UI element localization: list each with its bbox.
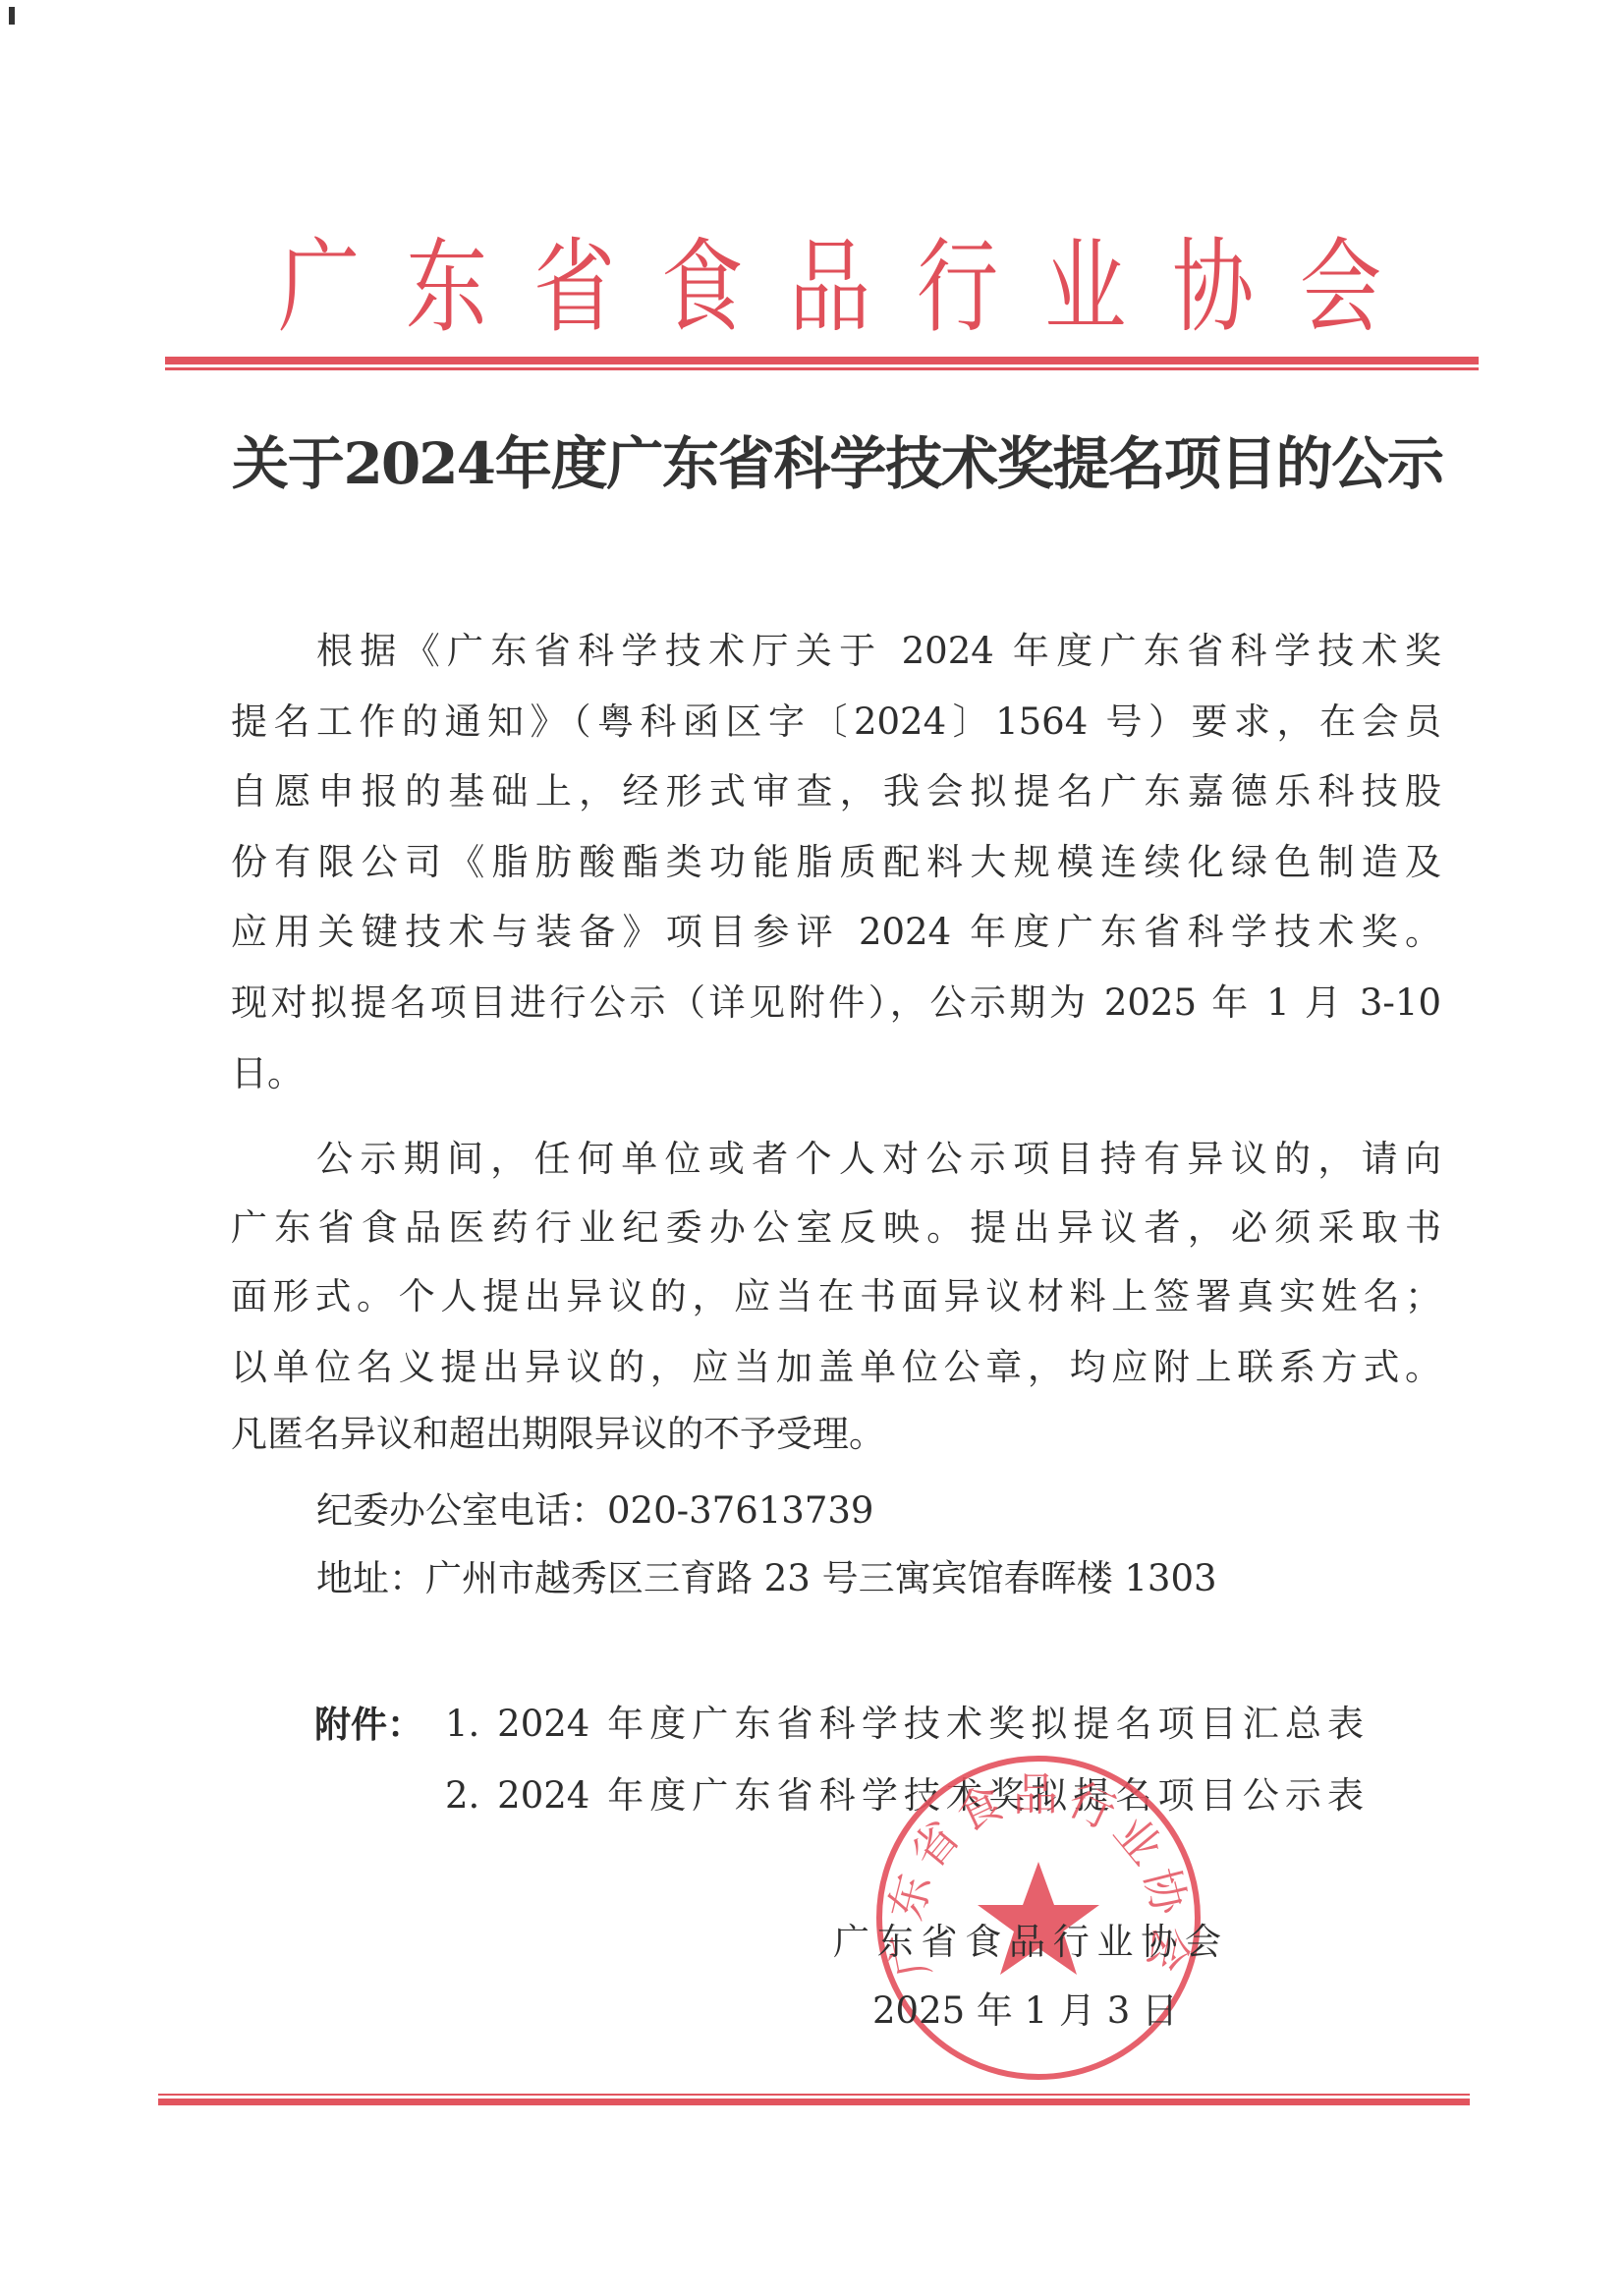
body-line: 日。 [231,1038,1441,1109]
body-line: 根据《广东省科学技术厅关于 2024 年度广东省科学技术奖 [316,616,1441,687]
footer-rule-thin [158,2094,1470,2096]
body-line: 提名工作的通知》（粤科函区字〔2024〕1564 号）要求，在会员 [231,687,1441,757]
signature-org: 广东省食品行业协会 [833,1913,1221,1972]
letterhead-char: 东 [406,232,508,342]
letterhead-char: 品 [789,232,891,342]
scan-mark [9,7,15,25]
body-line: 面形式。个人提出异议的，应当在书面异议材料上签署真实姓名； [231,1261,1441,1332]
letterhead-title: 广 东 省 食 品 行 业 协 会 [278,232,1437,342]
body-line: 现对拟提名项目进行公示（详见附件），公示期为 2025 年 1 月 3-10 [231,968,1441,1038]
letterhead-rule-thick [165,357,1479,364]
signature-date: 2025 年 1 月 3 日 [872,1982,1174,2041]
attachments-label: 附件： [314,1689,423,1760]
letterhead-char: 协 [1172,232,1274,342]
letterhead-char: 业 [1044,232,1147,342]
attachment-item: 1. 2024 年度广东省科学技术奖拟提名项目汇总表 [445,1689,1364,1760]
footer-rule-thick [158,2099,1470,2105]
body-line: 份有限公司《脂肪酸酯类功能脂质配料大规模连续化绿色制造及 [231,827,1441,898]
contact-address: 地址：广州市越秀区三育路 23 号三寓宾馆春晖楼 1303 [316,1543,1441,1614]
letterhead-char: 行 [917,232,1019,342]
letterhead-rule-thin [165,367,1479,370]
document-heading: 关于2024年度广东省科学技术奖提名项目的公示 [232,428,1442,499]
body-line: 自愿申报的基础上，经形式审查，我会拟提名广东嘉德乐科技股 [231,756,1441,827]
body-line: 广东省食品医药行业纪委办公室反映。提出异议者，必须采取书 [231,1193,1441,1263]
contact-phone: 纪委办公室电话：020-37613739 [316,1476,1441,1546]
letterhead-char: 广 [278,232,380,342]
body-line: 以单位名义提出异议的，应当加盖单位公章，均应附上联系方式。 [231,1332,1441,1403]
letterhead-char: 会 [1300,232,1402,342]
letterhead-char: 食 [661,232,763,342]
letterhead-char: 省 [533,232,636,342]
body-line: 应用关键技术与装备》项目参评 2024 年度广东省科学技术奖。 [231,897,1441,968]
body-line: 凡匿名异议和超出期限异议的不予受理。 [231,1399,1441,1470]
body-line: 公示期间，任何单位或者个人对公示项目持有异议的，请向 [316,1124,1441,1195]
